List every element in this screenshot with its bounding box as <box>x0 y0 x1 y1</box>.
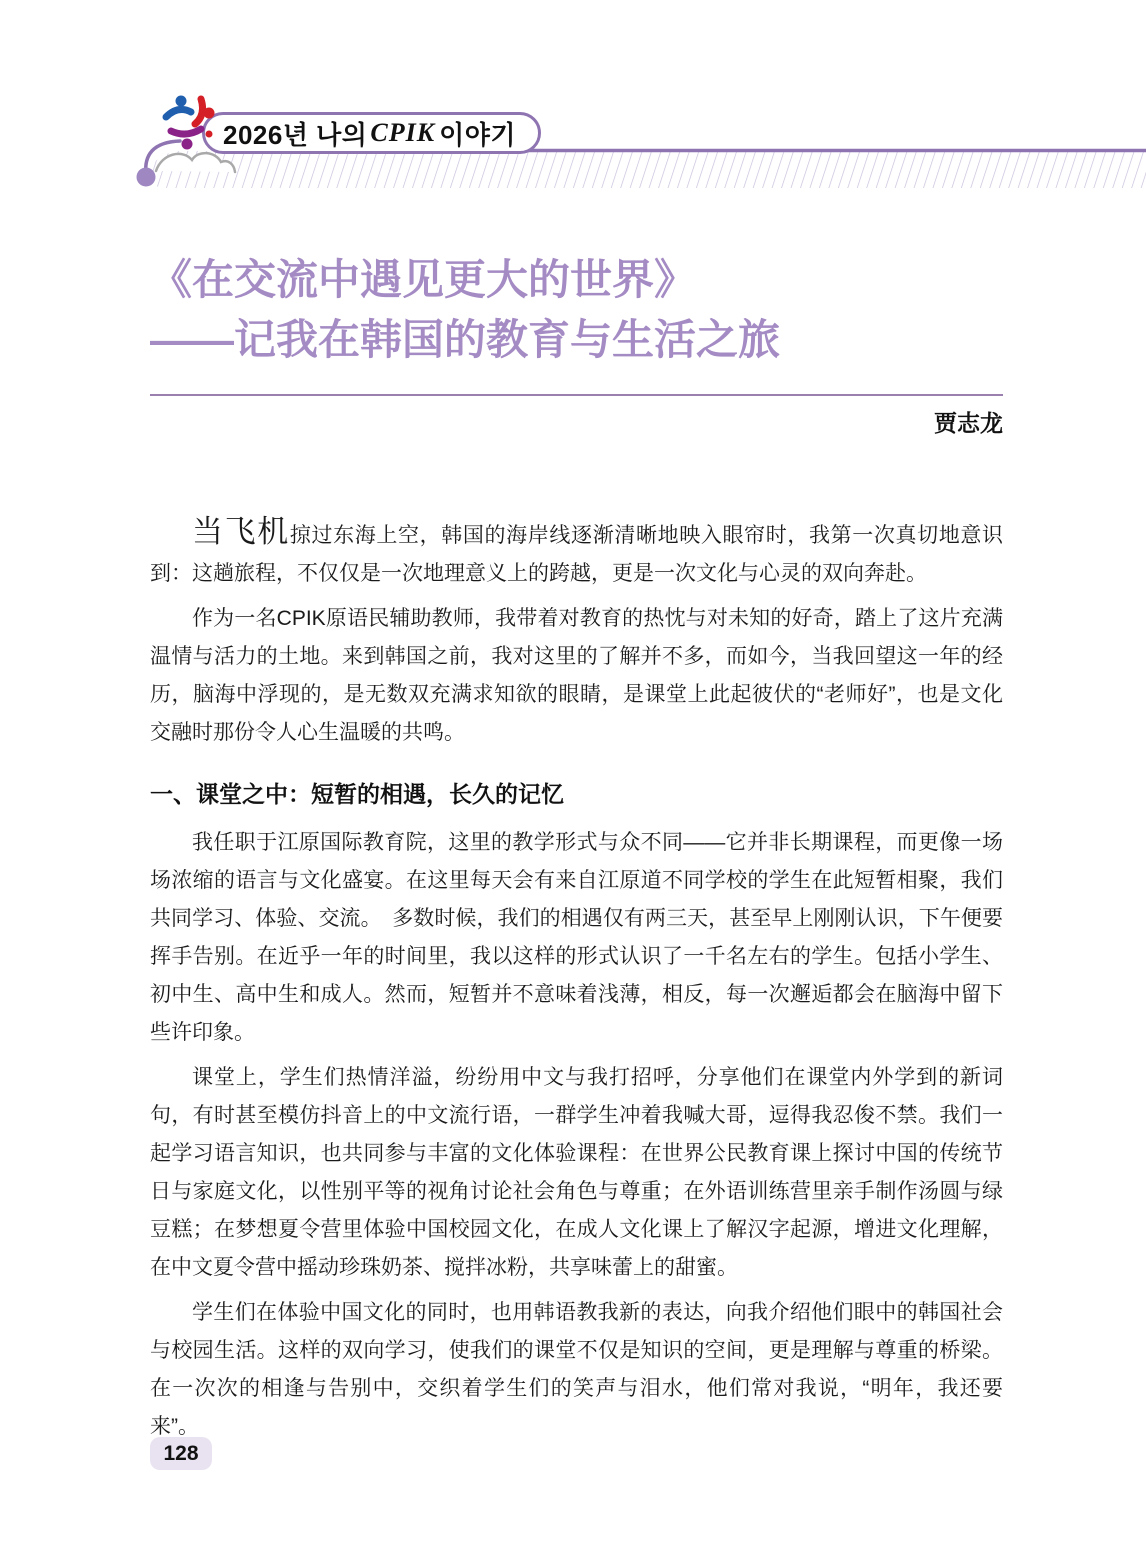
cpik-people-logo-icon <box>158 92 220 154</box>
banner-text-suffix: 이야기 <box>439 115 516 152</box>
section-1-heading: 一、课堂之中：短暂的相遇，长久的记忆 <box>150 778 1003 810</box>
article-title-line1: 《在交流中遇见更大的世界》 <box>150 256 696 303</box>
article-body: 当飞机掠过东海上空，韩国的海岸线逐渐清晰地映入眼帘时，我第一次真切地意识到：这趟… <box>150 516 1003 1446</box>
section-1-paragraph-2: 课堂上，学生们热情洋溢，纷纷用中文与我打招呼，分享他们在课堂内外学到的新词句，有… <box>150 1059 1003 1287</box>
author-byline: 贾志龙 <box>150 408 1003 438</box>
banner-text-prefix: 2026년 나의 <box>223 115 367 152</box>
header-banner-label: 2026년 나의CPIK이야기 <box>202 112 541 154</box>
intro-paragraph-1: 当飞机掠过东海上空，韩国的海岸线逐渐清晰地映入眼帘时，我第一次真切地意识到：这趟… <box>150 516 1003 593</box>
intro-paragraph-2: 作为一名CPIK原语民辅助教师，我带着对教育的热忱与对未知的好奇，踏上了这片充满… <box>150 600 1003 752</box>
document-page: 2026년 나의CPIK이야기 《在交流中遇见更大的世界》 ——记我在韩国的教育… <box>0 0 1146 1555</box>
section-1-paragraph-1: 我任职于江原国际教育院，这里的教学形式与众不同——它并非长期课程，而更像一场场浓… <box>150 824 1003 1052</box>
article-title: 《在交流中遇见更大的世界》 ——记我在韩国的教育与生活之旅 <box>150 250 1003 370</box>
section-1-paragraph-3: 学生们在体验中国文化的同时，也用韩语教我新的表达，向我介绍他们眼中的韩国社会与校… <box>150 1294 1003 1446</box>
lead-in-characters: 当飞机 <box>192 514 290 549</box>
article-content: 《在交流中遇见更大的世界》 ——记我在韩国的教育与生活之旅 贾志龙 当飞机掠过东… <box>150 0 1003 1453</box>
page-number-badge: 128 <box>150 1437 212 1470</box>
hook-dot <box>137 168 156 187</box>
banner-brand-cpik: CPIK <box>370 118 435 148</box>
article-title-line2: ——记我在韩国的教育与生活之旅 <box>150 316 780 363</box>
title-divider-rule <box>150 394 1003 396</box>
hatched-band <box>151 151 1146 188</box>
